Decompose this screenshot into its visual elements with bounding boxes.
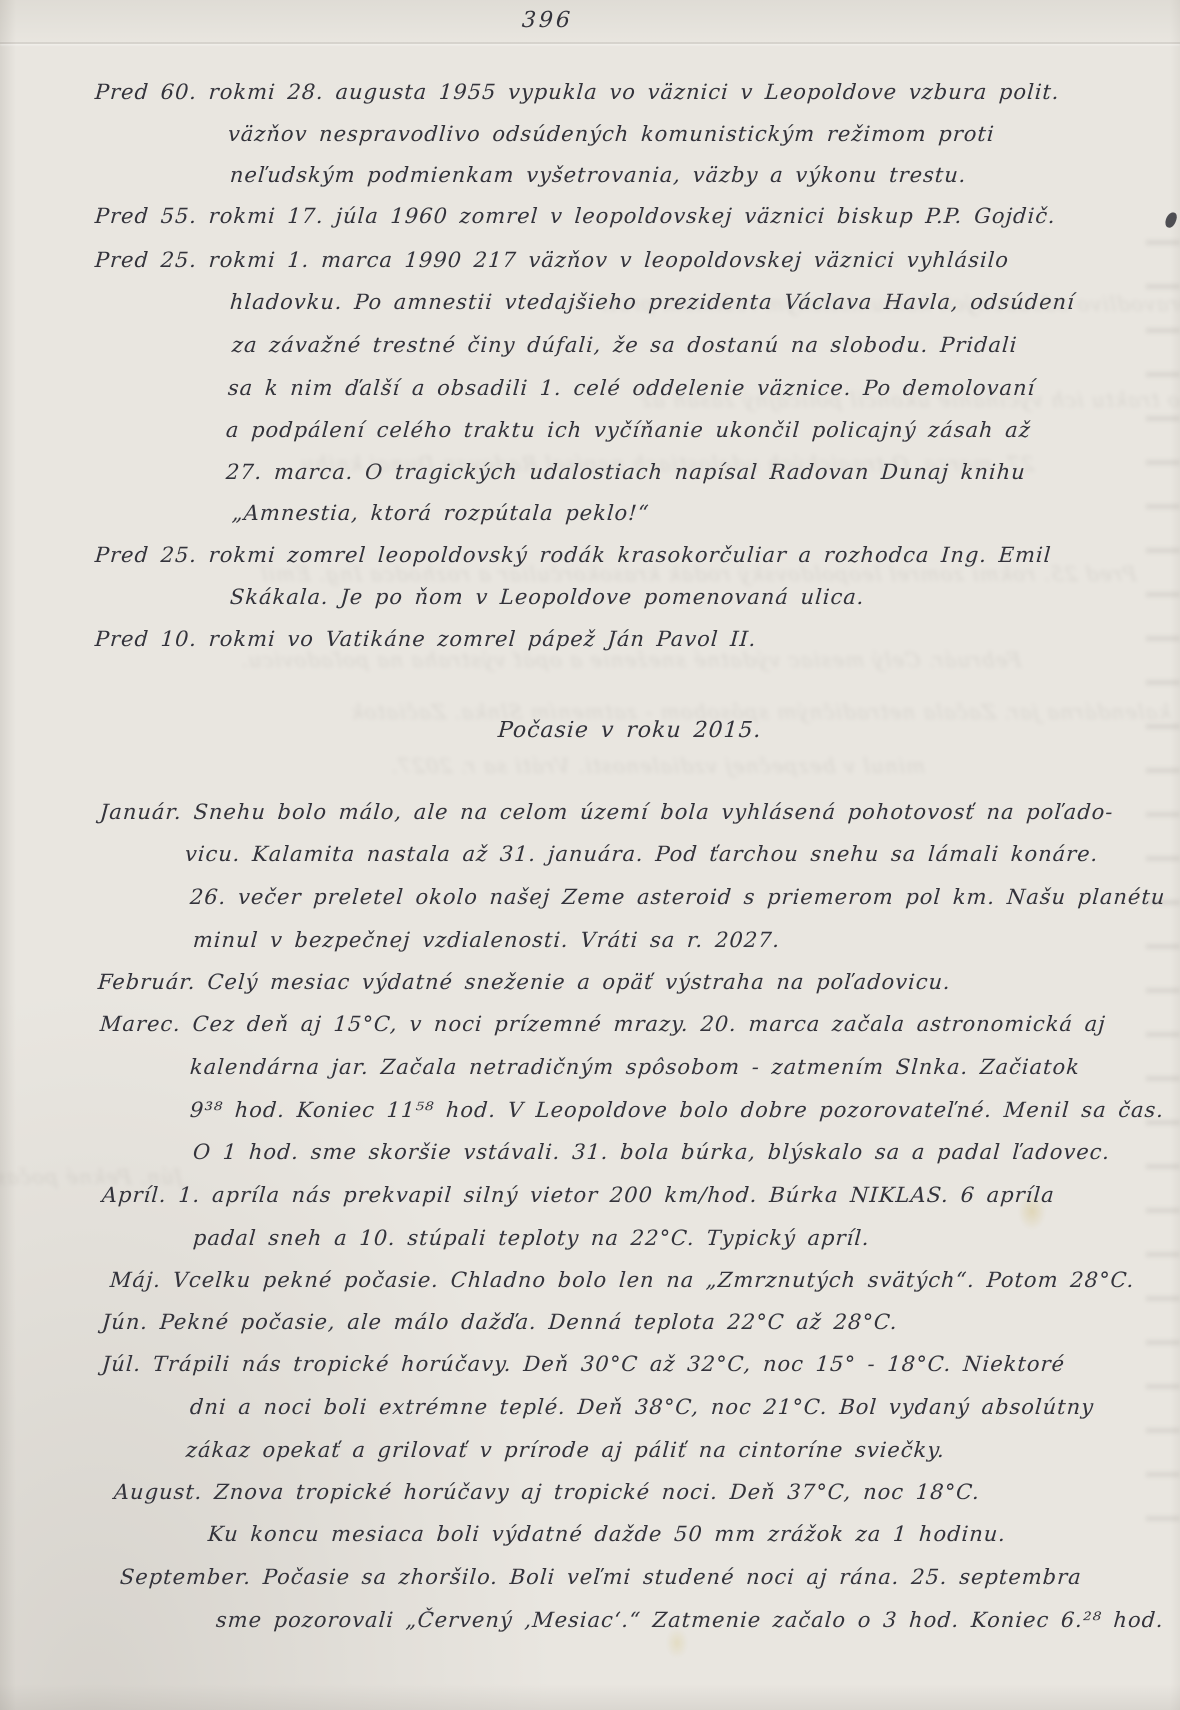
chronicle-line: Február. Celý mesiac výdatné sneženie a … [97, 970, 952, 994]
chronicle-line: 9³⁸ hod. Koniec 11⁵⁸ hod. V Leopoldove b… [189, 1098, 1165, 1122]
chronicle-line: zákaz opekať a grilovať v prírode aj pál… [185, 1438, 946, 1462]
chronicle-line: Pred 60. rokmi 28. augusta 1955 vypukla … [94, 80, 1060, 104]
chronicle-line: Pred 25. rokmi zomrel leopoldovský rodák… [94, 543, 1052, 567]
chronicle-line: a podpálení celého traktu ich vyčíňanie … [225, 418, 1032, 442]
chronicle-line: za závažné trestné činy dúfali, že sa do… [231, 333, 1018, 357]
page-crease [0, 42, 1180, 44]
chronicle-line: sme pozorovali „Červený ‚Mesiac‘.“ Zatme… [215, 1608, 1165, 1632]
chronicle-page: väzňov nespravodlivo odsúdených komunist… [0, 0, 1180, 1710]
chronicle-line: 27. marca. O tragických udalostiach napí… [225, 460, 1026, 484]
page-number: 396 [521, 8, 574, 33]
chronicle-line: „Amnestia, ktorá rozpútala peklo!“ [231, 501, 650, 525]
chronicle-line: Pred 55. rokmi 17. júla 1960 zomrel v le… [94, 204, 1056, 228]
chronicle-line: minul v bezpečnej vzdialenosti. Vráti sa… [192, 928, 781, 952]
chronicle-line: väzňov nespravodlivo odsúdených komunist… [227, 122, 995, 146]
chronicle-line: Skákala. Je po ňom v Leopoldove pomenova… [229, 585, 865, 609]
chronicle-line: September. Počasie sa zhoršilo. Boli veľ… [119, 1565, 1082, 1589]
chronicle-line: hladovku. Po amnestii vtedajšieho prezid… [229, 290, 1076, 314]
chronicle-line: Máj. Vcelku pekné počasie. Chladno bolo … [109, 1268, 1135, 1292]
chronicle-line: dni a noci boli extrémne teplé. Deň 38°C… [189, 1395, 1095, 1419]
ink-mark [1164, 211, 1178, 229]
chronicle-line: Ku koncu mesiaca boli výdatné dažde 50 m… [207, 1522, 1007, 1546]
chronicle-line: Pred 10. rokmi vo Vatikáne zomrel pápež … [94, 627, 757, 651]
paper-stain [666, 1628, 688, 1658]
chronicle-line: Január. Snehu bolo málo, ale na celom úz… [99, 800, 1114, 824]
chronicle-line: sa k nim ďalší a obsadili 1. celé oddele… [227, 376, 1036, 400]
chronicle-line: 26. večer preletel okolo našej Zeme aste… [189, 885, 1166, 909]
chronicle-line: neľudským podmienkam vyšetrovania, väzby… [229, 163, 967, 187]
chronicle-line: Jún. Pekné počasie, ale málo dažďa. Denn… [101, 1310, 899, 1334]
bleedthrough-text: Február. Celý mesiac výdatné sneženie a … [239, 648, 1022, 672]
weather-section-heading: Počasie v roku 2015. [497, 718, 762, 743]
chronicle-line: O 1 hod. sme skoršie vstávali. 31. bola … [192, 1140, 1111, 1164]
chronicle-line: kalendárna jar. Začala netradičným spôso… [189, 1055, 1081, 1079]
chronicle-line: padal sneh a 10. stúpali teploty na 22°C… [192, 1226, 870, 1250]
chronicle-line: Marec. Cez deň aj 15°C, v noci prízemné … [99, 1012, 1106, 1036]
chronicle-line: Apríl. 1. apríla nás prekvapil silný vie… [101, 1183, 1055, 1207]
chronicle-line: Pred 25. rokmi 1. marca 1990 217 väzňov … [94, 248, 1010, 272]
chronicle-line: vicu. Kalamita nastala až 31. januára. P… [184, 842, 1099, 866]
bleedthrough-text: minul v bezpečnej vzdialenosti. Vráti sa… [389, 754, 926, 778]
chronicle-line: Júl. Trápili nás tropické horúčavy. Deň … [101, 1352, 1066, 1376]
chronicle-line: August. Znova tropické horúčavy aj tropi… [113, 1480, 981, 1504]
